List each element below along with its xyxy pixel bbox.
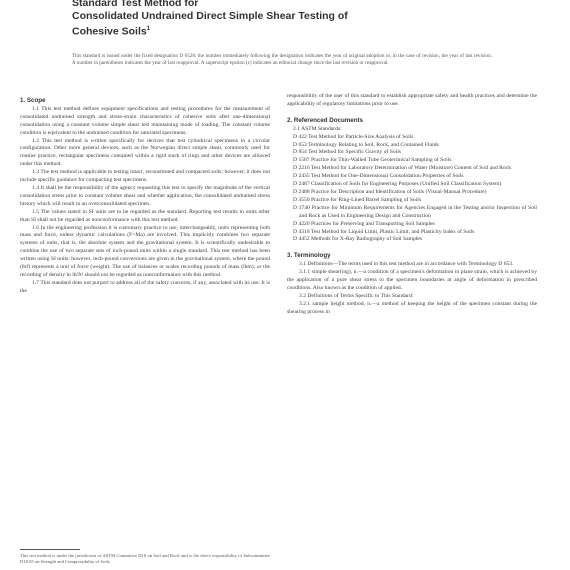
paragraph: 3.2.1 sample height method, n.—a method … bbox=[287, 301, 537, 317]
section-heading-scope: 1. Scope bbox=[20, 97, 270, 105]
preamble-text: This standard is issued under the fixed … bbox=[72, 53, 492, 67]
title-line-3: Cohesive Soils1 bbox=[72, 23, 432, 39]
title-line-2: Consolidated Undrained Direct Simple She… bbox=[72, 10, 432, 23]
reference-item: D 2216 Test Method for Laboratory Determ… bbox=[287, 165, 537, 173]
paragraph: 1.5 The values stated in SI units are to… bbox=[20, 209, 270, 225]
right-column: responsibility of the user of this stand… bbox=[287, 93, 537, 317]
paragraph: 1.4 It shall be the responsibility of th… bbox=[20, 185, 270, 209]
footnote: This test method is under the jurisdicti… bbox=[20, 553, 270, 565]
reference-item: D 2435 Test Method for One-Dimensional C… bbox=[287, 173, 537, 181]
paragraph: 1.3 The test method is applicable to tes… bbox=[20, 169, 270, 185]
reference-item: D 2487 Classification of Soils for Engin… bbox=[287, 181, 537, 189]
left-column: 1. Scope 1.1 This test method defines eq… bbox=[20, 93, 270, 296]
paragraph: 1.7 This standard does not purport to ad… bbox=[20, 280, 270, 296]
document-page: Standard Test Method for Consolidated Un… bbox=[0, 0, 570, 570]
title-line-1: Standard Test Method for bbox=[72, 0, 432, 10]
paragraph: 1.6 In the engineering profession it is … bbox=[20, 225, 270, 280]
section-heading-referenced-documents: 2. Referenced Documents bbox=[287, 117, 537, 125]
reference-item: D 422 Test Method for Particle-Size Anal… bbox=[287, 134, 537, 142]
paragraph: 1.1 This test method defines equipment s… bbox=[20, 106, 270, 138]
paragraph: 3.1 Definitions—The terms used in this t… bbox=[287, 261, 537, 269]
paragraph-continued: responsibility of the user of this stand… bbox=[287, 93, 537, 109]
reference-item: D 3550 Practice for Ring-Lined Barrel Sa… bbox=[287, 197, 537, 205]
subheading-astm-standards: 2.1 ASTM Standards: bbox=[287, 126, 537, 134]
document-title: Standard Test Method for Consolidated Un… bbox=[72, 0, 432, 39]
reference-item: D 2488 Practice for Description and Iden… bbox=[287, 189, 537, 197]
reference-item: D 3740 Practice for Minimum Requirements… bbox=[287, 205, 537, 221]
reference-item: D 4452 Methods for X-Ray Radiography of … bbox=[287, 236, 537, 244]
footnote-divider bbox=[20, 549, 80, 550]
reference-item: D 4220 Practices for Preserving and Tran… bbox=[287, 221, 537, 229]
paragraph: 3.1.1 simple shear(ing), n.—a condition … bbox=[287, 269, 537, 293]
section-heading-terminology: 3. Terminology bbox=[287, 252, 537, 260]
paragraph: 3.2 Definitions of Terms Specific to Thi… bbox=[287, 293, 537, 301]
paragraph: 1.2 This test method is written specific… bbox=[20, 138, 270, 170]
title-superscript: 1 bbox=[147, 26, 150, 32]
